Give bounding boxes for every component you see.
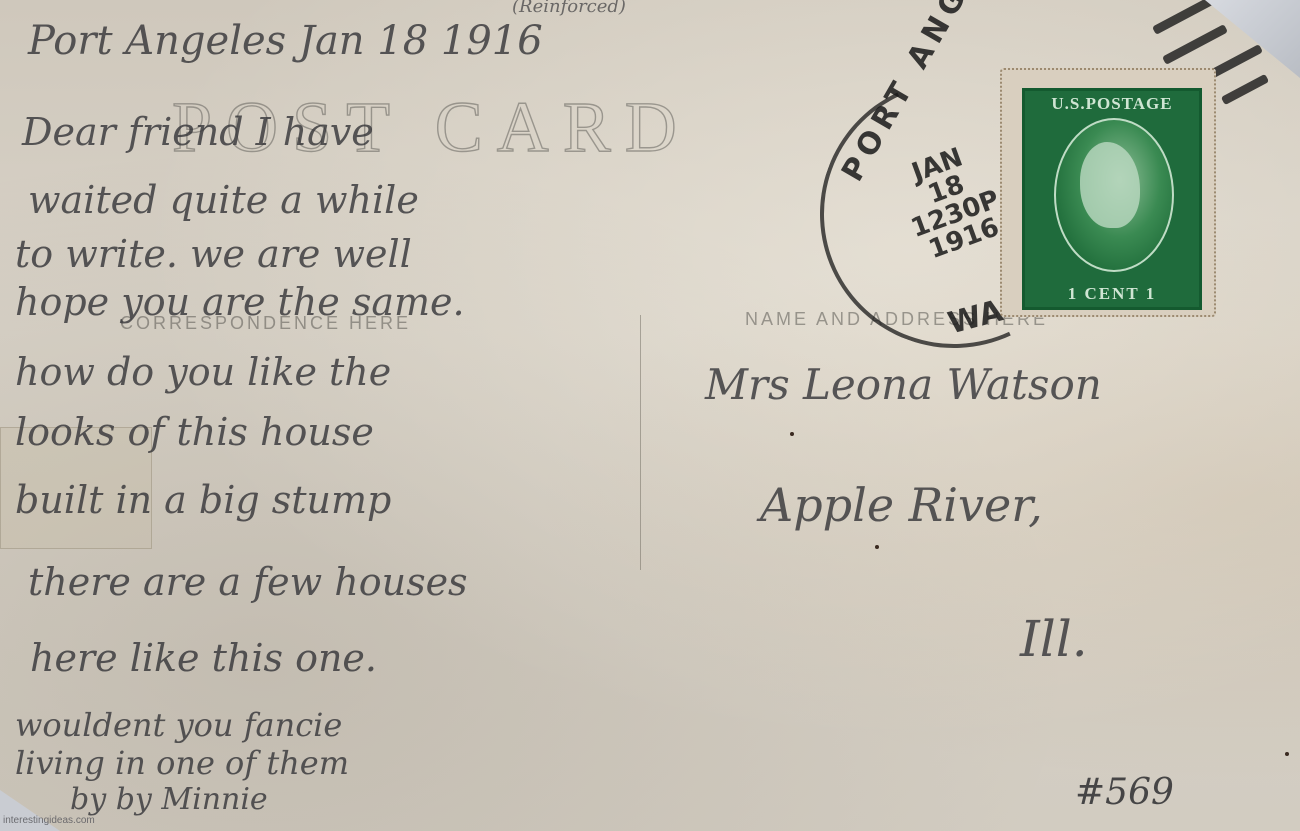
- message-line: wouldent you fancie: [15, 706, 342, 744]
- reinforced-annotation: (Reinforced): [512, 0, 626, 17]
- ink-spot: [1285, 752, 1289, 756]
- message-line: living in one of them: [15, 744, 349, 782]
- message-line: looks of this house: [15, 410, 374, 454]
- ink-spot: [875, 545, 879, 549]
- message-line: Dear friend I have: [22, 110, 374, 154]
- message-line: to write. we are well: [15, 232, 412, 276]
- stamp-denomination: 1 CENT 1: [1022, 284, 1202, 304]
- message-line: waited quite a while: [28, 178, 419, 222]
- ink-spot: [790, 432, 794, 436]
- message-line: Port Angeles Jan 18 1916: [28, 18, 543, 64]
- stamp-face: U.S.POSTAGE 1 CENT 1: [1022, 88, 1202, 310]
- postage-stamp: U.S.POSTAGE 1 CENT 1: [1000, 68, 1216, 317]
- address-line: Mrs Leona Watson: [705, 360, 1102, 409]
- message-line: built in a big stump: [15, 478, 391, 522]
- message-line: how do you like the: [15, 350, 391, 394]
- address-line: Ill.: [1020, 610, 1088, 668]
- postcard-back: POST CARD (Reinforced) CORRESPONDENCE HE…: [0, 0, 1300, 831]
- stamp-top-text: U.S.POSTAGE: [1022, 94, 1202, 114]
- message-line: there are a few houses: [28, 560, 468, 604]
- message-line: hope you are the same.: [15, 280, 465, 324]
- address-line: Apple River,: [760, 478, 1043, 532]
- watermark: interestingideas.com: [3, 815, 95, 826]
- catalog-number: #569: [1075, 772, 1174, 813]
- message-line: by by Minnie: [70, 782, 268, 817]
- center-divider: [640, 315, 641, 570]
- message-line: here like this one.: [30, 636, 377, 680]
- washington-portrait-icon: [1054, 118, 1174, 272]
